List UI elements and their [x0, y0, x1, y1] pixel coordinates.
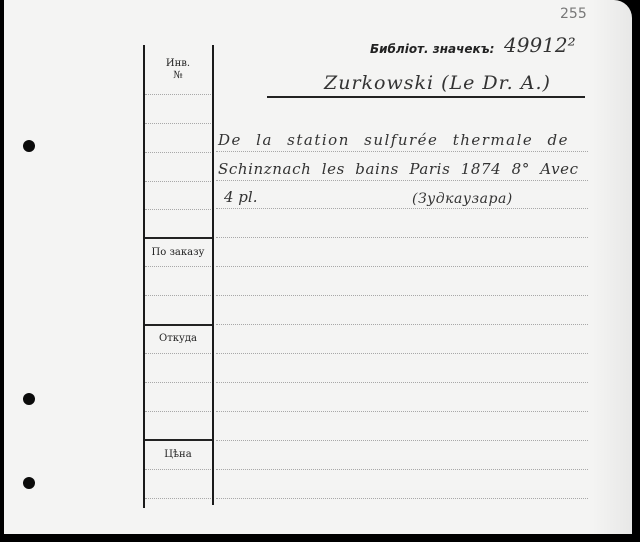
- inv-line-2: [145, 123, 211, 124]
- provenance-note: (Зудкаузара): [412, 191, 513, 207]
- order-separator: [145, 237, 212, 239]
- source-line-2: [145, 382, 211, 383]
- price-separator: [145, 439, 212, 441]
- title-line-1: De la station sulfurée thermale de: [218, 131, 569, 149]
- price-line-2: [145, 498, 211, 499]
- source-line-1: [145, 353, 211, 354]
- punch-hole-2: [23, 393, 35, 405]
- rule-3: [216, 208, 588, 209]
- rule-7: [216, 324, 588, 325]
- rule-8: [216, 353, 588, 354]
- call-number-label: Библіот. значекъ:: [370, 42, 494, 56]
- order-line-2: [145, 295, 211, 296]
- source-line-3: [145, 411, 211, 412]
- rule-4: [216, 237, 588, 238]
- price-line-1: [145, 469, 211, 470]
- rule-1: [216, 151, 588, 152]
- rule-5: [216, 266, 588, 267]
- inv-line-5: [145, 209, 211, 210]
- page-number: 255: [560, 6, 587, 22]
- title-line-2: Schinznach les bains Paris 1874 8° Avec: [218, 160, 579, 178]
- inv-label: Инв.: [145, 58, 211, 69]
- rule-9: [216, 382, 588, 383]
- card-edge-shade: [592, 0, 632, 534]
- source-separator: [145, 324, 212, 326]
- order-label: По заказу: [145, 247, 211, 258]
- column-right-border: [212, 45, 214, 505]
- rule-10: [216, 411, 588, 412]
- rule-12: [216, 469, 588, 470]
- punch-hole-3: [23, 477, 35, 489]
- price-label: Цѣна: [145, 449, 211, 460]
- rule-2: [216, 180, 588, 181]
- inv-line-4: [145, 181, 211, 182]
- source-label: Откуда: [145, 333, 211, 344]
- inv-line-3: [145, 152, 211, 153]
- rule-6: [216, 295, 588, 296]
- order-line-1: [145, 266, 211, 267]
- inv-line-1: [145, 94, 211, 95]
- rule-11: [216, 440, 588, 441]
- author-underline: [267, 96, 585, 98]
- author-name: Zurkowski (Le Dr. A.): [324, 72, 551, 94]
- rule-13: [216, 498, 588, 499]
- catalog-card: 255 Библіот. значекъ: 49912² Zurkowski (…: [4, 0, 632, 534]
- inv-number-sign: №: [145, 70, 211, 81]
- title-line-3: 4 pl.: [224, 188, 257, 206]
- call-number-value: 49912²: [504, 33, 576, 57]
- punch-hole-1: [23, 140, 35, 152]
